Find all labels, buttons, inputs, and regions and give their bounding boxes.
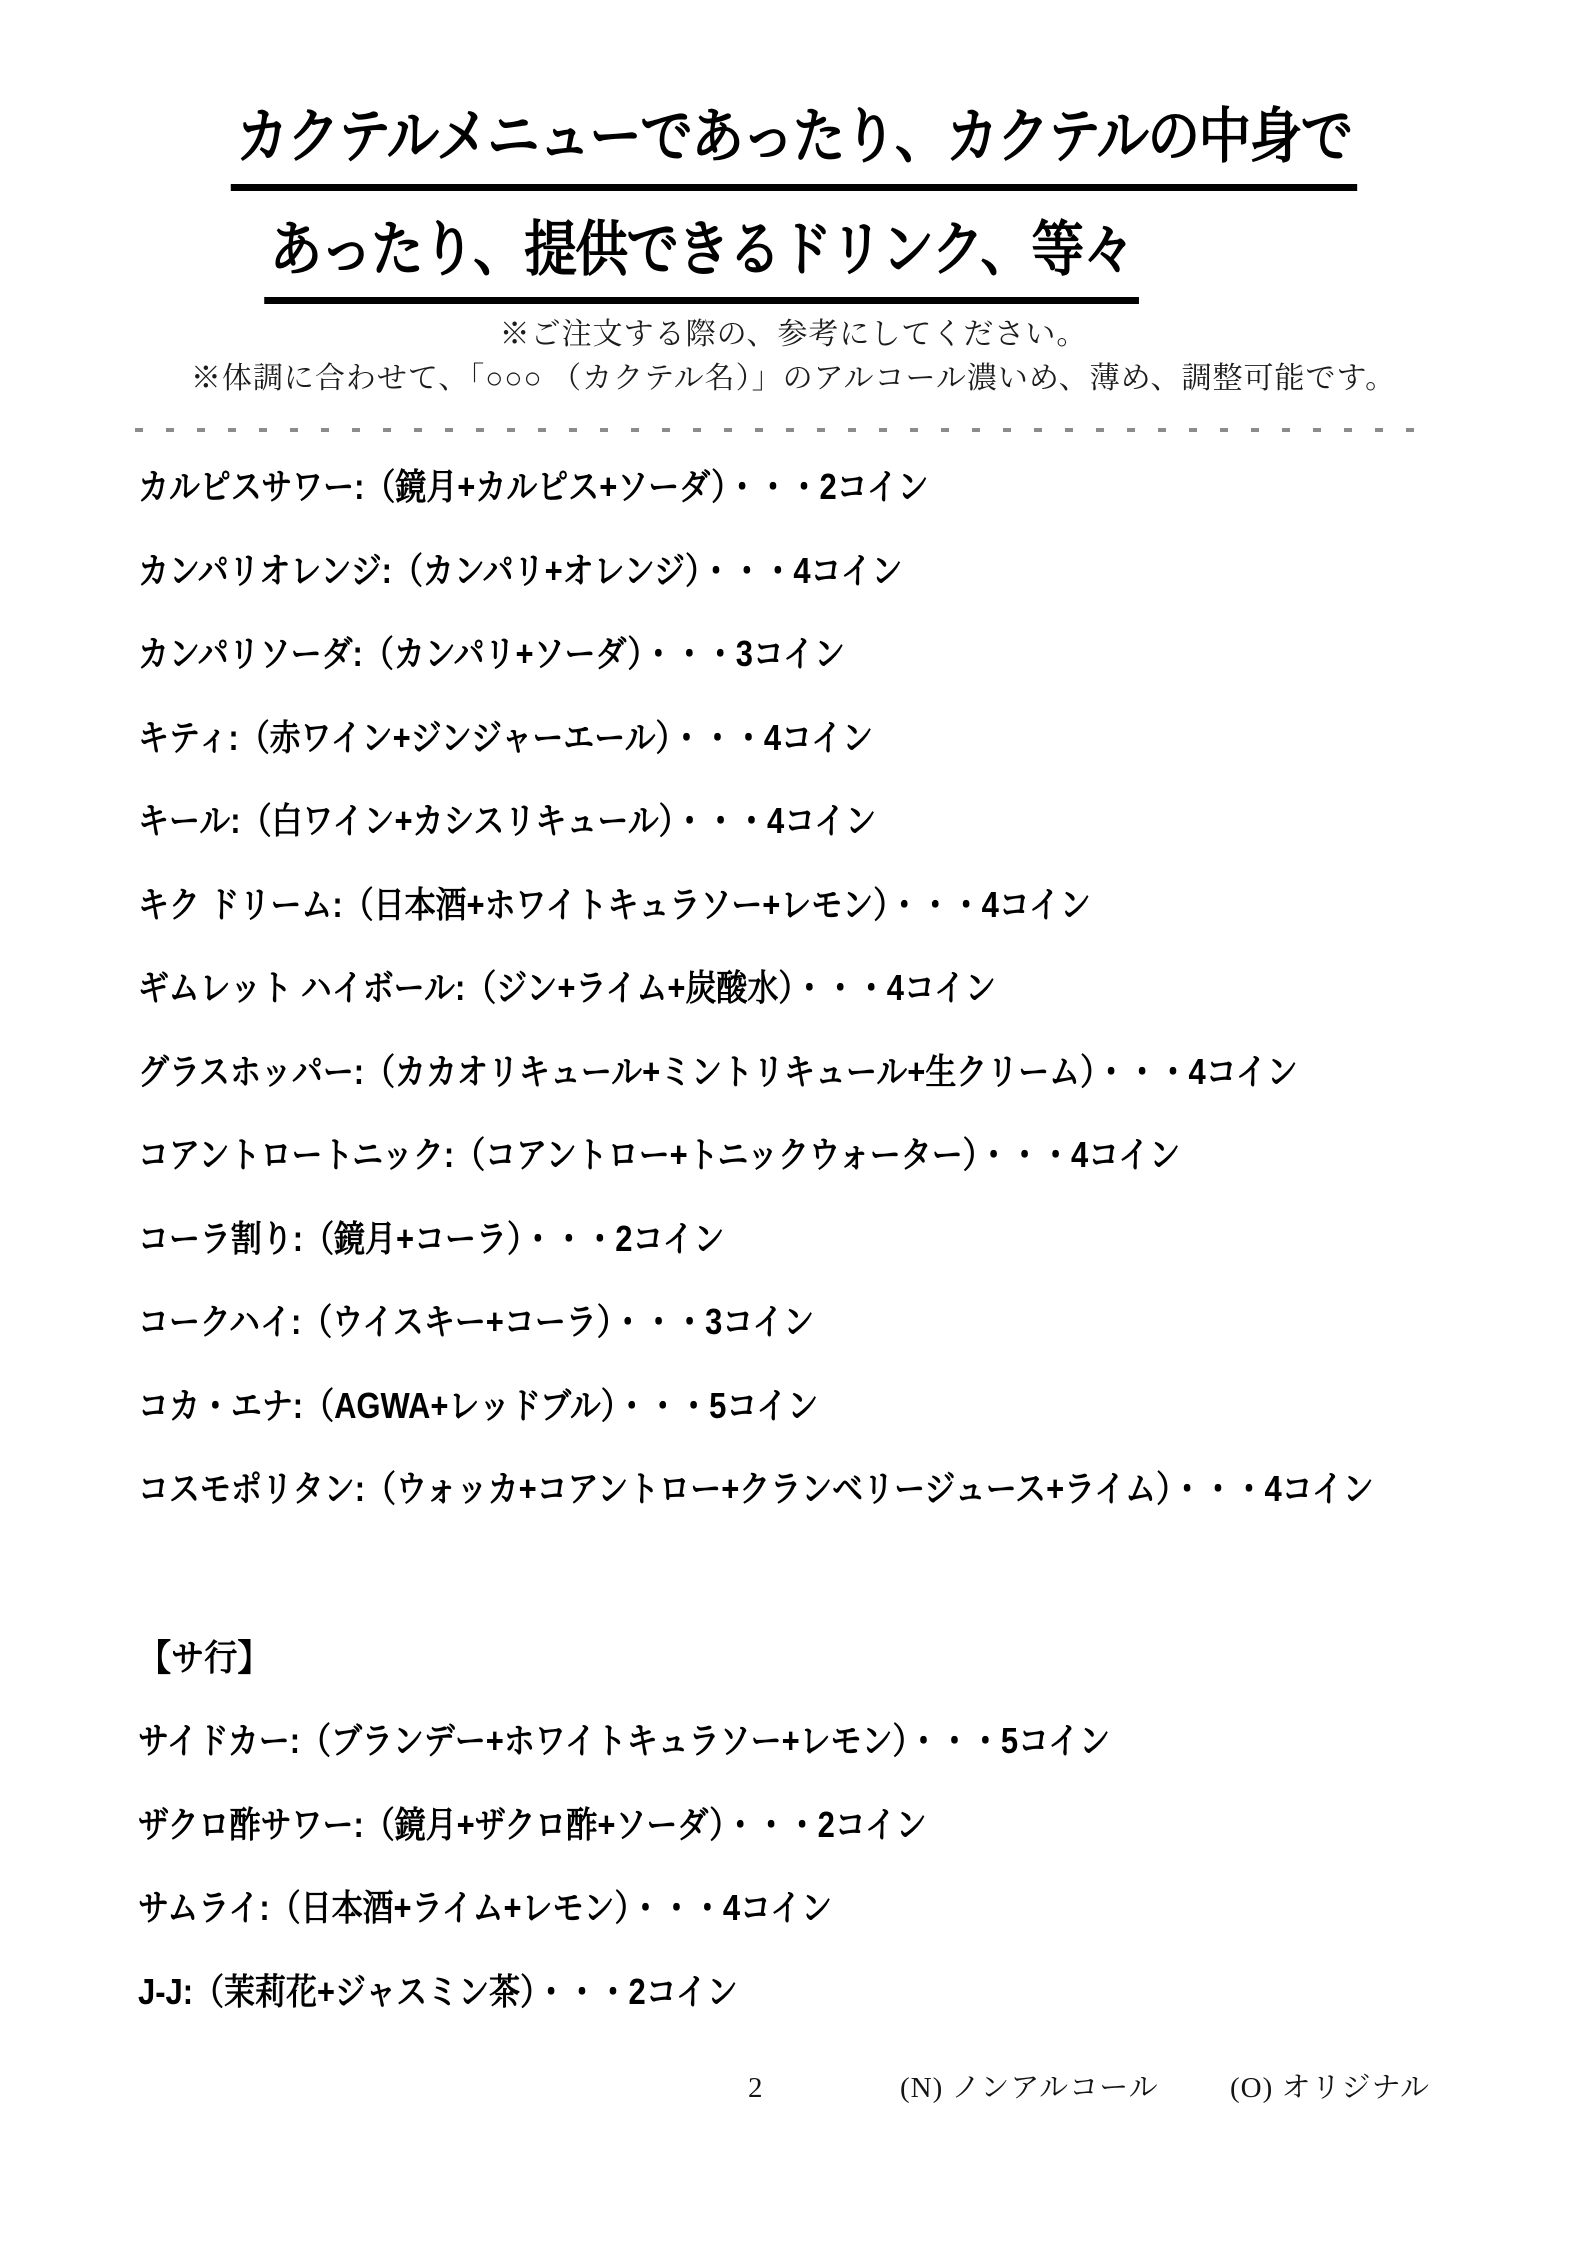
menu-item-text: カンパリオレンジ:（カンパリ+オレンジ）・・・4コイン [138,549,903,593]
page-title: カクテルメニューであったり、カクテルの中身で あったり、提供できるドリンク、等々 [0,92,1587,318]
menu-item-text: コスモポリタン:（ウォッカ+コアントロー+クランベリージュース+ライム）・・・4… [138,1467,1374,1511]
menu-item-text: カルピスサワー:（鏡月+カルピス+ソーダ）・・・2コイン [138,465,929,509]
menu-item-text: キール:（白ワイン+カシスリキュール）・・・4コイン [138,799,876,843]
notes-block: ※ご注文する際の、参考にしてください。 ※体調に合わせて、「○○○ （カクテル名… [0,313,1587,401]
legend-original: (O) オリジナル [1230,2068,1430,2108]
page-footer: 2 (N) ノンアルコール (O) オリジナル [0,2068,1587,2112]
menu-item-row: グラスホッパー:（カカオリキュール+ミントリキュール+生クリーム）・・・4コイン [138,1050,1568,1134]
menu-item-text: ザクロ酢サワー:（鏡月+ザクロ酢+ソーダ）・・・2コイン [138,1803,927,1847]
menu-group-sa: サイドカー:（ブランデー+ホワイトキュラソー+レモン）・・・5コイン ザクロ酢サ… [138,1719,1568,2053]
menu-item-text: キク ドリーム:（日本酒+ホワイトキュラソー+レモン）・・・4コイン [138,883,1091,927]
menu-item-text: カンパリソーダ:（カンパリ+ソーダ）・・・3コイン [138,632,845,676]
menu-item-row: サイドカー:（ブランデー+ホワイトキュラソー+レモン）・・・5コイン [138,1719,1568,1803]
title-line-2-text: あったり、提供できるドリンク、等々 [264,205,1139,304]
menu-item-row: キール:（白ワイン+カシスリキュール）・・・4コイン [138,799,1568,883]
menu-item-row: コスモポリタン:（ウォッカ+コアントロー+クランベリージュース+ライム）・・・4… [138,1467,1568,1551]
title-line-2: あったり、提供できるドリンク、等々 [0,205,1587,304]
menu-item-text: コーラ割り:（鏡月+コーラ）・・・2コイン [138,1217,724,1261]
document-page: カクテルメニューであったり、カクテルの中身で あったり、提供できるドリンク、等々… [0,0,1587,2245]
legend-nonalcohol: (N) ノンアルコール [900,2068,1159,2108]
menu-item-row: カンパリソーダ:（カンパリ+ソーダ）・・・3コイン [138,632,1568,716]
menu-group-ka: カルピスサワー:（鏡月+カルピス+ソーダ）・・・2コイン カンパリオレンジ:（カ… [138,465,1568,1551]
menu-item-text: コアントロートニック:（コアントロー+トニックウォーター）・・・4コイン [138,1133,1180,1177]
menu-item-text: グラスホッパー:（カカオリキュール+ミントリキュール+生クリーム）・・・4コイン [138,1050,1298,1094]
menu-item-text: ギムレット ハイボール:（ジン+ライム+炭酸水）・・・4コイン [138,966,996,1010]
menu-item-text: J-J:（茉莉花+ジャスミン茶）・・・2コイン [138,1970,738,2014]
menu-item-row: コークハイ:（ウイスキー+コーラ）・・・3コイン [138,1300,1568,1384]
menu-item-row: カルピスサワー:（鏡月+カルピス+ソーダ）・・・2コイン [138,465,1568,549]
menu-item-row: キク ドリーム:（日本酒+ホワイトキュラソー+レモン）・・・4コイン [138,883,1568,967]
menu-item-row: ザクロ酢サワー:（鏡月+ザクロ酢+ソーダ）・・・2コイン [138,1803,1568,1887]
menu-item-row: キティ:（赤ワイン+ジンジャーエール）・・・4コイン [138,716,1568,800]
title-line-1: カクテルメニューであったり、カクテルの中身で [0,92,1587,191]
title-line-1-text: カクテルメニューであったり、カクテルの中身で [230,92,1356,191]
menu-item-text: コークハイ:（ウイスキー+コーラ）・・・3コイン [138,1300,814,1344]
cocktail-menu: カルピスサワー:（鏡月+カルピス+ソーダ）・・・2コイン カンパリオレンジ:（カ… [138,465,1568,2053]
menu-item-text: サイドカー:（ブランデー+ホワイトキュラソー+レモン）・・・5コイン [138,1719,1110,1763]
menu-item-row: ギムレット ハイボール:（ジン+ライム+炭酸水）・・・4コイン [138,966,1568,1050]
note-order-reference: ※ご注文する際の、参考にしてください。 [0,313,1587,357]
menu-item-text: キティ:（赤ワイン+ジンジャーエール）・・・4コイン [138,716,873,760]
dashed-separator [135,428,1427,432]
menu-item-row: カンパリオレンジ:（カンパリ+オレンジ）・・・4コイン [138,549,1568,633]
note-alcohol-adjustment: ※体調に合わせて、「○○○ （カクテル名）」のアルコール濃いめ、薄め、調整可能で… [0,357,1587,401]
page-number: 2 [748,2068,763,2108]
menu-item-row: サムライ:（日本酒+ライム+レモン）・・・4コイン [138,1886,1568,1970]
menu-item-text: サムライ:（日本酒+ライム+レモン）・・・4コイン [138,1886,832,1930]
section-header-sa-text: 【サ行】 [138,1636,270,1680]
menu-item-row: コーラ割り:（鏡月+コーラ）・・・2コイン [138,1217,1568,1301]
section-header-sa: 【サ行】 [138,1636,1568,1720]
menu-item-row: J-J:（茉莉花+ジャスミン茶）・・・2コイン [138,1970,1568,2054]
menu-item-row: コアントロートニック:（コアントロー+トニックウォーター）・・・4コイン [138,1133,1568,1217]
menu-item-row: コカ・エナ:（AGWA+レッドブル）・・・5コイン [138,1384,1568,1468]
menu-item-text: コカ・エナ:（AGWA+レッドブル）・・・5コイン [138,1384,818,1428]
